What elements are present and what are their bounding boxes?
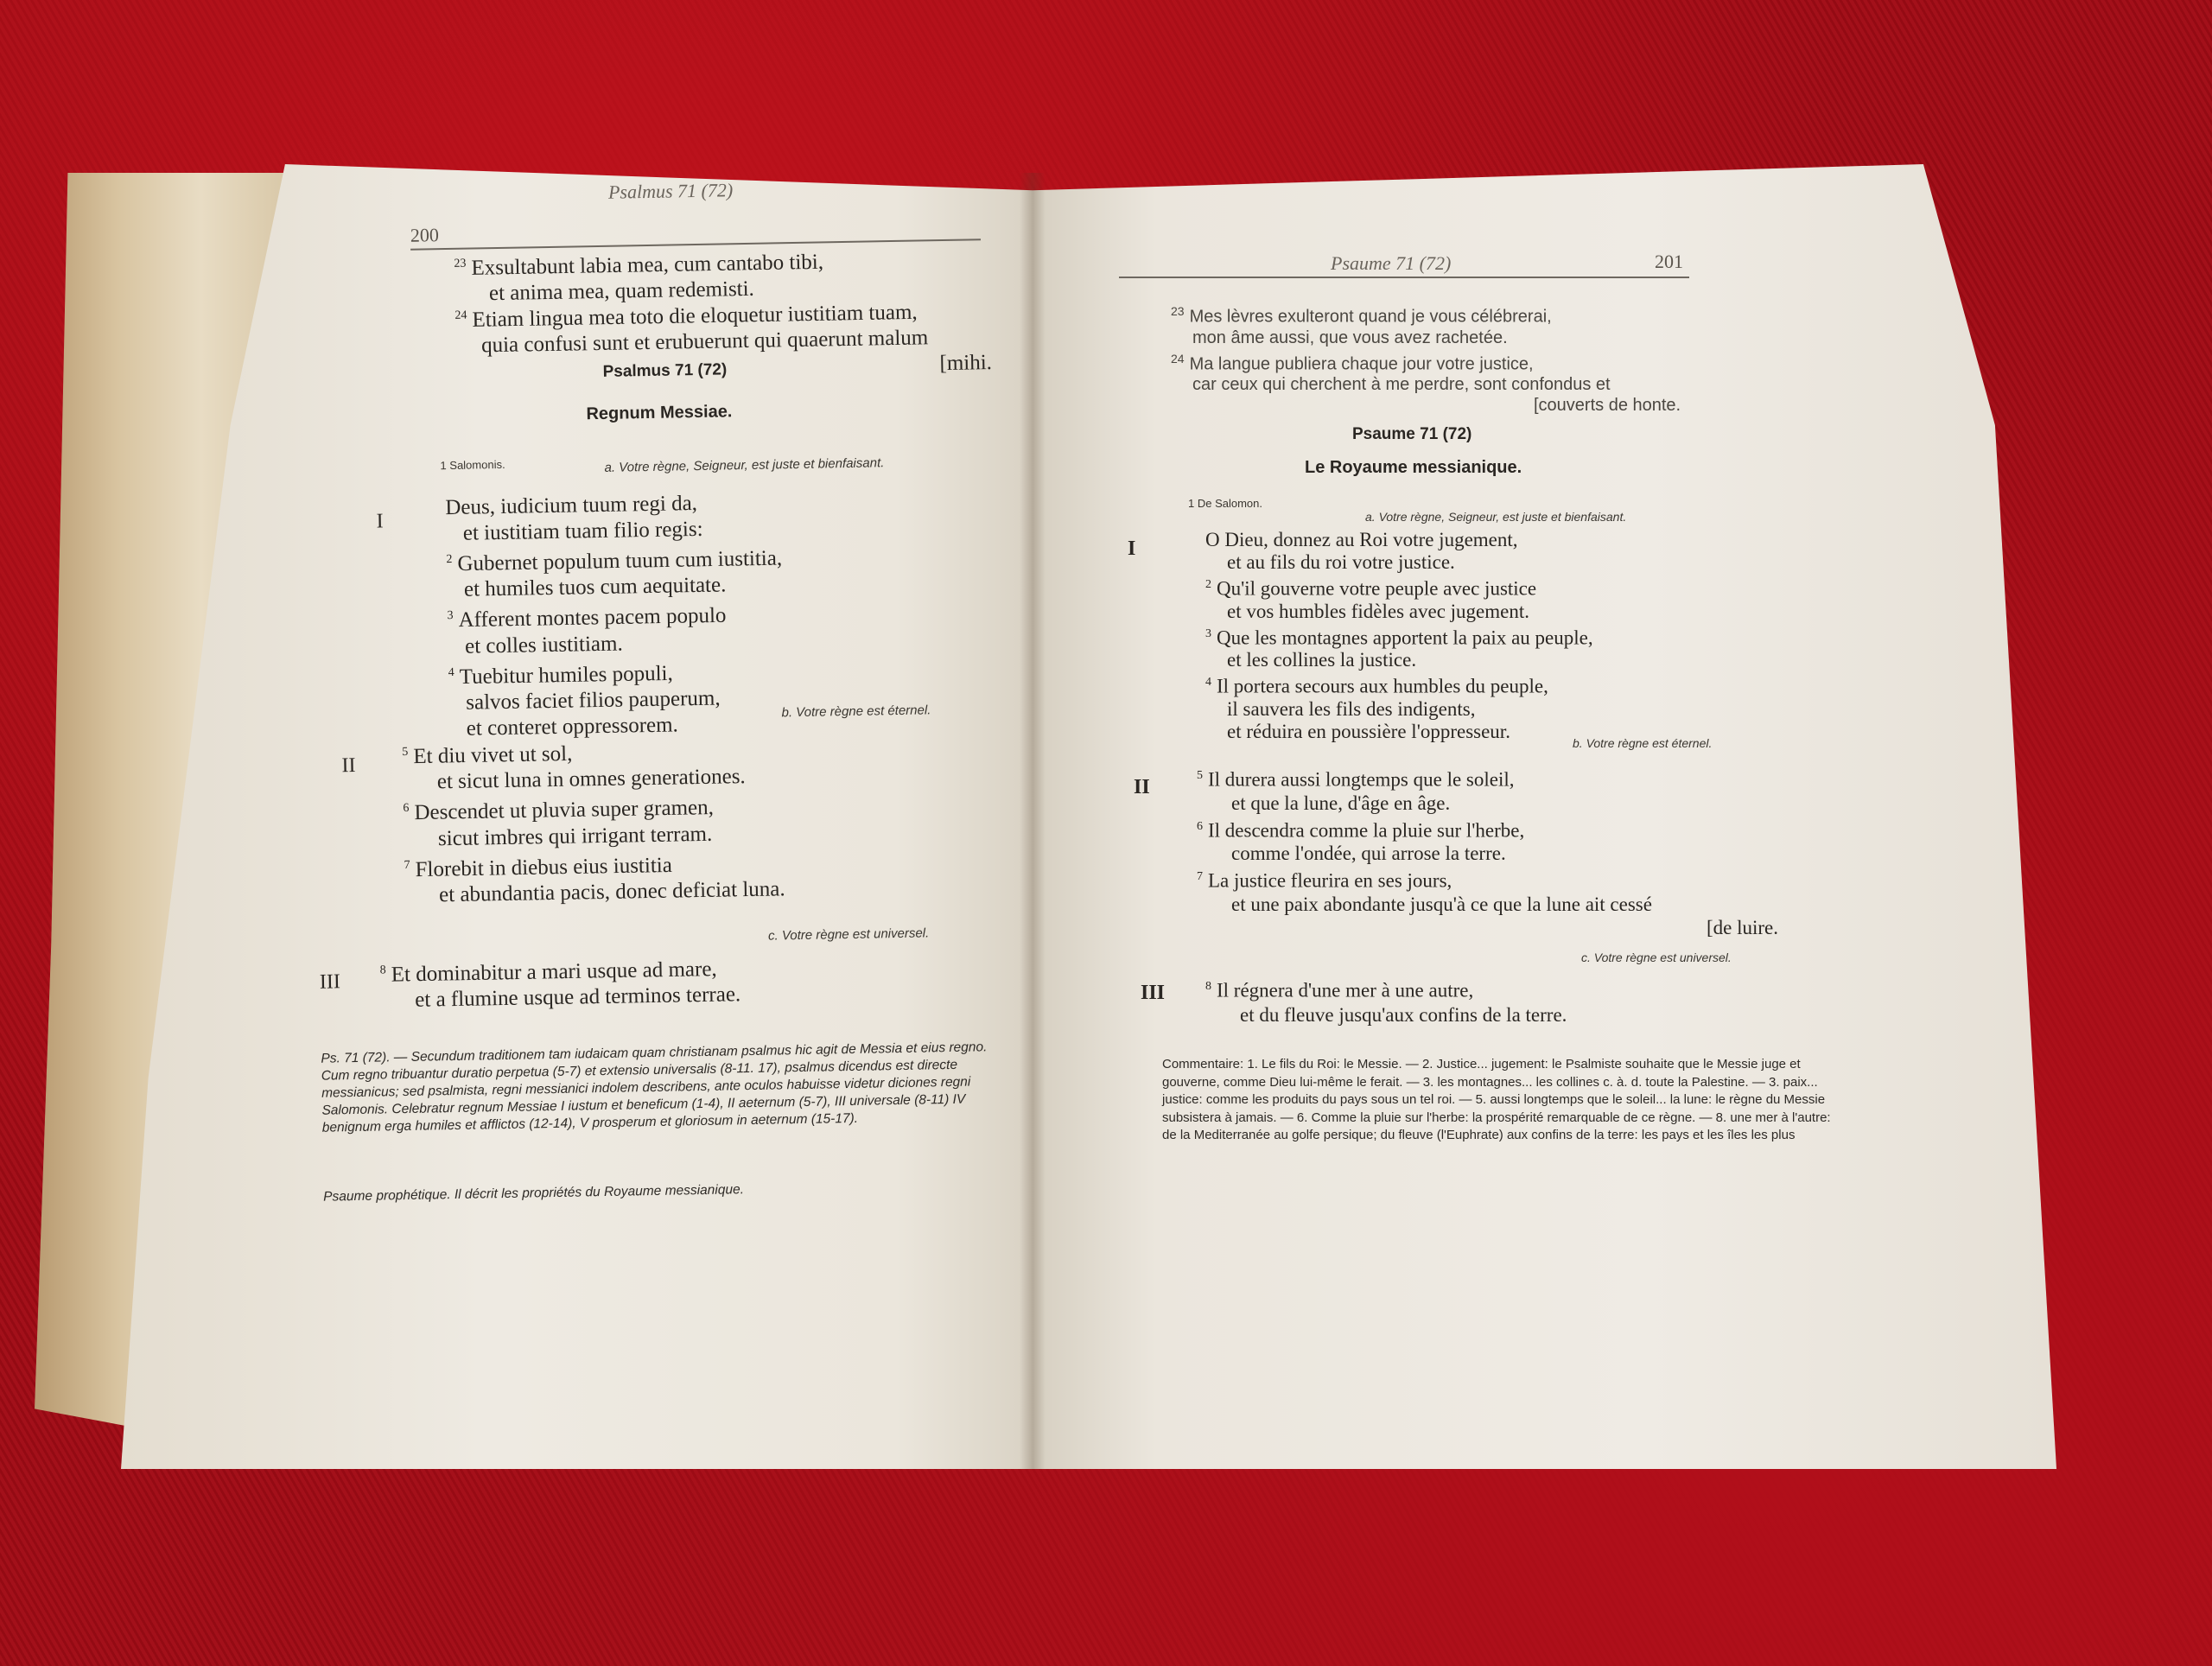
right-page-number: 201 [1655, 251, 1683, 273]
right-psalm-subtitle: Le Royaume messianique. [1305, 458, 1522, 478]
left-section-b-heading: b. Votre règne est éternel. [781, 703, 931, 720]
right-roman-II: II [1134, 776, 1150, 799]
left-roman-I: I [376, 510, 383, 533]
left-psalm-title: Psalmus 71 (72) [602, 360, 727, 382]
left-section-c-heading: c. Votre règne est universel. [768, 925, 929, 943]
left-footnote: Ps. 71 (72). — Secundum traditionem tam … [321, 1039, 996, 1137]
left-superscription: 1 Salomonis. [440, 458, 505, 472]
right-prev-verses: 23Mes lèvres exulteront quand je vous cé… [1171, 301, 1681, 416]
right-running-head: Psaume 71 (72) [1331, 252, 1451, 275]
left-verses-section-II: 5Et diu vivet ut sol, et sicut luna in o… [402, 733, 785, 909]
left-verses-section-III: 8Et dominabitur a mari usque ad mare, et… [379, 951, 741, 1014]
left-roman-III: III [320, 970, 340, 994]
right-roman-I: I [1128, 537, 1135, 561]
right-verses-section-II: 5Il durera aussi longtemps que le soleil… [1197, 764, 1778, 939]
right-header-rule [1119, 277, 1689, 278]
left-running-head: Psalmus 71 (72) [608, 179, 734, 204]
right-section-a-heading: a. Votre règne, Seigneur, est juste et b… [1365, 510, 1626, 524]
right-section-c-heading: c. Votre règne est universel. [1581, 951, 1732, 964]
right-verses-section-I: O Dieu, donnez au Roi votre jugement, et… [1205, 529, 1593, 743]
left-roman-II: II [341, 754, 355, 778]
left-verses-section-I: Deus, iudicium tuum regi da, et iustitia… [445, 489, 785, 742]
right-commentary: Commentaire: 1. Le fils du Roi: le Messi… [1162, 1056, 1836, 1145]
left-psalm-subtitle: Regnum Messiae. [586, 402, 732, 424]
right-verses-section-III: 8Il régnera d'une mer à une autre, et du… [1205, 975, 1567, 1027]
right-psalm-title: Psaume 71 (72) [1352, 425, 1471, 444]
left-page-number: 200 [410, 224, 439, 247]
right-superscription: 1 De Salomon. [1188, 497, 1262, 510]
right-roman-III: III [1141, 982, 1165, 1005]
book-gutter [1020, 173, 1046, 1469]
open-book: 200 Psalmus 71 (72) 23Exsultabunt labia … [0, 0, 2212, 1666]
right-section-b-heading: b. Votre règne est éternel. [1573, 736, 1712, 750]
